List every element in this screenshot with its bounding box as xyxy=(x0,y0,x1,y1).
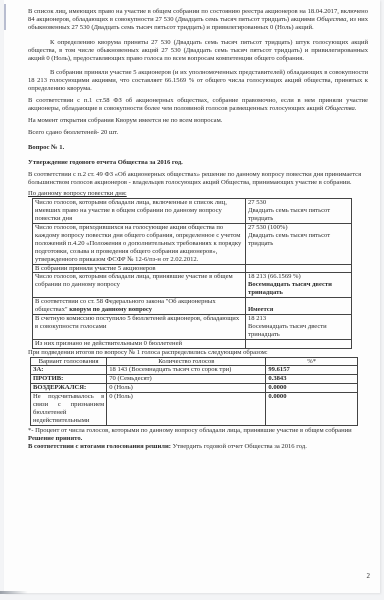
table-row: ЗА: 18 143 (Восемнадцать тысяч сто сорок… xyxy=(31,366,358,375)
question-title: Утверждение годового отчета Общества за … xyxy=(28,159,368,167)
vote-option-against: ПРОТИВ: xyxy=(31,375,107,384)
table-row: В соответствии со ст. 58 Федерального за… xyxy=(33,298,352,315)
scan-edge-mark xyxy=(4,4,6,30)
voting-results-table: Вариант голосования Количество голосов %… xyxy=(30,357,358,426)
quorum-row-value: 27 530 (100%)Двадцать семь тысяч пятьсот… xyxy=(246,224,352,265)
footnote: *- Процент от числа голосов, которыми по… xyxy=(28,427,368,435)
decision-resolution: В соответствии с итогами голосования реш… xyxy=(28,443,368,451)
page-number: 2 xyxy=(367,572,371,580)
table-row: ПРОТИВ: 70 (Семьдесят) 0.3843 xyxy=(31,375,358,384)
table-header-row: Вариант голосования Количество голосов %… xyxy=(31,357,358,366)
vote-option-abstain: ВОЗДЕРЖАЛСЯ: xyxy=(31,384,107,393)
agenda-label: По данному вопросу повестки дня: xyxy=(28,190,368,198)
quorum-row-label: В соответствии со ст. 58 Федерального за… xyxy=(33,298,246,315)
ballots-count-paragraph: Всего сдано бюллетеней- 20 шт. xyxy=(28,129,368,137)
vote-percent: 99.6157 xyxy=(266,366,358,375)
quorum-row-label: Число голосов, которыми обладали лица, п… xyxy=(33,273,246,298)
table-row: В счетную комиссию поступило 5 бюллетене… xyxy=(33,315,352,340)
column-header-votes: Количество голосов xyxy=(107,357,266,366)
quorum-row-value: 18 213Восемнадцать тысяч двести тринадца… xyxy=(246,315,352,340)
quorum-row-value xyxy=(246,264,352,273)
table-row: Число голосов, приходившихся на голосующ… xyxy=(33,224,352,265)
vote-count: 0 (Ноль) xyxy=(107,393,266,426)
vote-option-for: ЗА: xyxy=(31,366,107,375)
quorum-row-label: Из них признано не действительными 0 бюл… xyxy=(33,339,246,348)
vote-count: 18 143 (Восемнадцать тысяч сто сорок три… xyxy=(107,366,266,375)
quorum-row-label: Число голосов, приходившихся на голосующ… xyxy=(33,224,246,265)
table-row: Число голосов, которыми обладали лица, п… xyxy=(33,273,352,298)
quorum-definition-paragraph: К определению кворума приняты 27 530 (Дв… xyxy=(28,39,368,63)
quorum-status-paragraph: На момент открытия собрания Кворум имеет… xyxy=(28,117,368,125)
table-row: Из них признано не действительными 0 бюл… xyxy=(33,339,352,348)
results-intro: При подведении итогов по вопросу № 1 гол… xyxy=(28,349,368,357)
legal-basis-paragraph: В соответствии с п.1 ст.58 ФЗ об акционе… xyxy=(28,97,368,113)
vote-option-invalid: Не подсчитывалось в связи с признанием б… xyxy=(31,393,107,426)
table-row: ВОЗДЕРЖАЛСЯ: 0 (Ноль) 0.0000 xyxy=(31,384,358,393)
quorum-row-label: В собрании приняли участие 5 акционеров xyxy=(33,264,246,273)
quorum-row-value: 27 530Двадцать семь тысяч пятьсот тридца… xyxy=(246,199,352,224)
question-basis-paragraph: В соответствии с п.2 ст. 49 ФЗ «Об акцио… xyxy=(28,171,368,187)
quorum-table: Число голосов, которыми обладали лица, в… xyxy=(32,198,352,348)
quorum-row-label: Число голосов, которыми обладали лица, в… xyxy=(33,199,246,224)
question-number: Вопрос № 1. xyxy=(28,144,368,152)
participation-paragraph: В собрании приняли участие 5 акционеров … xyxy=(28,69,368,93)
vote-count: 0 (Ноль) xyxy=(107,384,266,393)
vote-percent: 0.0000 xyxy=(266,384,358,393)
vote-percent: 0.0000 xyxy=(266,393,358,426)
table-row: Не подсчитывалось в связи с признанием б… xyxy=(31,393,358,426)
table-row: В собрании приняли участие 5 акционеров xyxy=(33,264,352,273)
column-header-percent: %* xyxy=(266,357,358,366)
quorum-status-value: Имеется xyxy=(246,298,352,315)
scan-shadow xyxy=(0,591,28,594)
column-header-option: Вариант голосования xyxy=(31,357,107,366)
vote-percent: 0.3843 xyxy=(266,375,358,384)
vote-count: 70 (Семьдесят) xyxy=(107,375,266,384)
document-content: В список лиц, имеющих право на участие в… xyxy=(28,8,368,451)
shareholders-list-paragraph: В список лиц, имеющих право на участие в… xyxy=(28,8,368,32)
decision-accepted: Решение принято. xyxy=(28,435,368,443)
quorum-row-label: В счетную комиссию поступило 5 бюллетене… xyxy=(33,315,246,340)
table-row: Число голосов, которыми обладали лица, в… xyxy=(33,199,352,224)
quorum-row-value: 18 213 (66.1569 %)Восемнадцать тысяч две… xyxy=(246,273,352,298)
quorum-row-value xyxy=(246,339,352,348)
